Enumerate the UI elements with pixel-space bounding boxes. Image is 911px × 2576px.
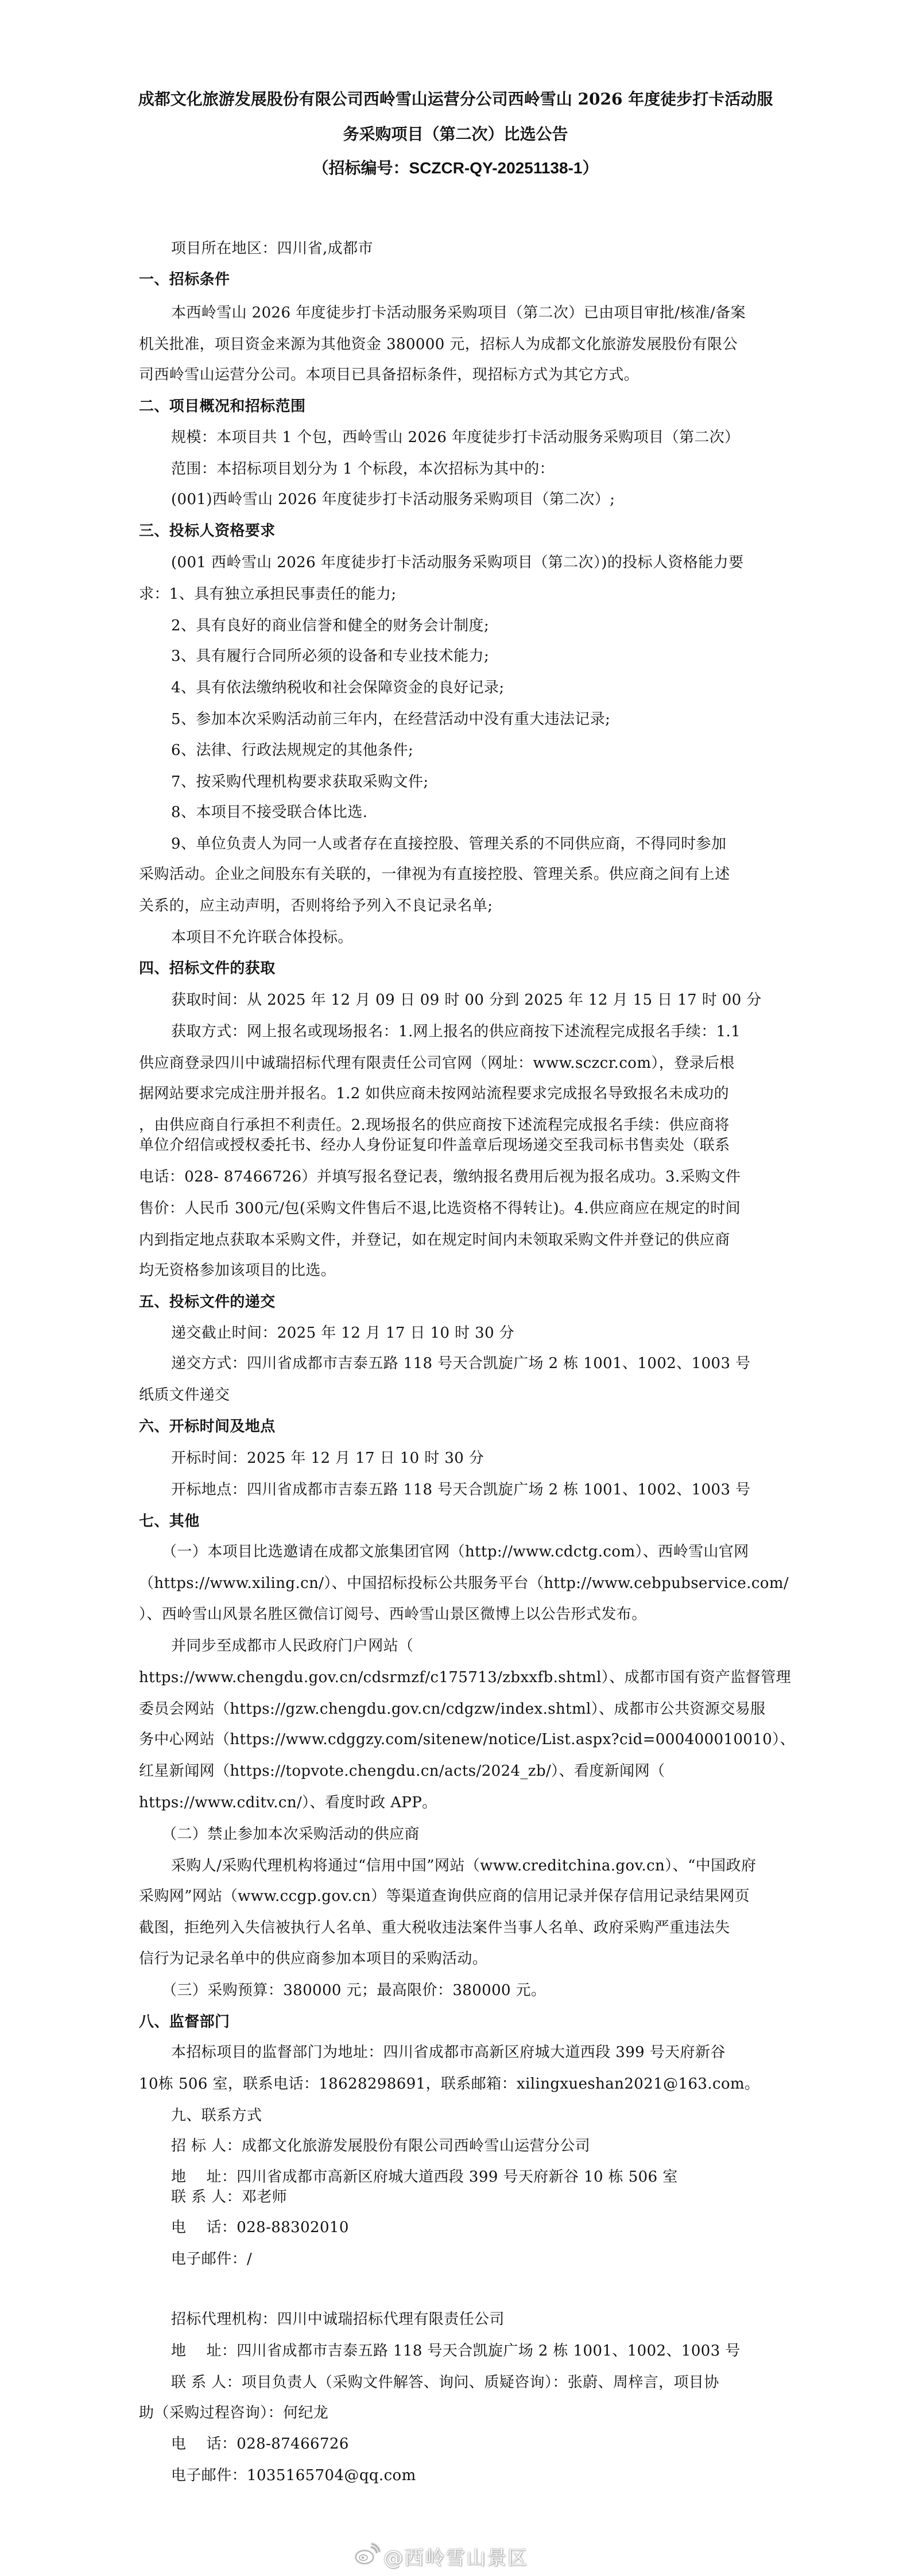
paragraph-line: （一）本项目比选邀请在成都文旅集团官网（http://www.cdctg.com… (162, 1543, 749, 1561)
paragraph-line: 截图，拒绝列入失信被执行人名单、重大税收违法案件当事人名单、政府采购严重违法失 (139, 1919, 730, 1937)
paragraph-line: 采购人/采购代理机构将通过“信用中国”网站（www.creditchina.go… (171, 1857, 756, 1875)
paragraph-line: 本西岭雪山 2026 年度徒步打卡活动服务采购项目（第二次）已由项目审批/核准/… (171, 304, 746, 322)
section-heading-5: 五、投标文件的递交 (139, 1293, 276, 1311)
paragraph-line: https://www.chengdu.gov.cn/cdsrmzf/c1757… (139, 1668, 791, 1687)
document-title-line-2: 务采购项目（第二次）比选公告 (0, 125, 911, 144)
section-heading-1: 一、招标条件 (139, 270, 230, 289)
tender-code-line: （招标编号：SCZCR-QY-20251138-1） (0, 158, 911, 178)
paragraph-line: 纸质文件递交 (139, 1386, 230, 1404)
requirement-item: 6、法律、行政法规规定的其他条件; (171, 741, 413, 760)
agency-address: 地 址：四川省成都市吉泰五路 118 号天合凯旋广场 2 栋 1001、1002… (171, 2342, 741, 2360)
section-heading-2: 二、项目概况和招标范围 (139, 397, 305, 416)
weibo-watermark: @西岭雪山景区 (355, 2544, 528, 2567)
paragraph-line: (001)西岭雪山 2026 年度徒步打卡活动服务采购项目（第二次）; (171, 490, 615, 509)
section-heading-4: 四、招标文件的获取 (139, 959, 276, 978)
tender-code-prefix: （招标编号： (313, 158, 409, 177)
acquisition-time: 获取时间：从 2025 年 12 月 09 日 09 时 00 分到 2025 … (171, 991, 762, 1009)
section-heading-9: 九、联系方式 (171, 2106, 262, 2125)
paragraph-line: 关系的，应主动声明，否则将给予列入不良记录名单; (139, 897, 493, 915)
section-heading-3: 三、投标人资格要求 (139, 522, 276, 540)
opening-time: 开标时间：2025 年 12 月 17 日 10 时 30 分 (171, 1449, 484, 1467)
paragraph-line: 据网站要求完成注册并报名。1.2 如供应商未按网站流程要求完成报名导致报名未成功… (139, 1084, 729, 1103)
requirement-item: 4、具有依法缴纳税收和社会保障资金的良好记录; (171, 679, 505, 697)
tenderer-contact: 联 系 人：邓老师 (171, 2188, 287, 2206)
paragraph-line: （https://www.xiling.cn/）、中国招标投标公共服务平台（ht… (139, 1574, 789, 1593)
agency-name: 招标代理机构：四川中诚瑞招标代理有限责任公司 (171, 2310, 505, 2329)
paragraph-line: 委员会网站（https://gzw.chengdu.gov.cn/cdgzw/i… (139, 1700, 766, 1718)
document-title-line-1: 成都文化旅游发展股份有限公司西岭雪山运营分公司西岭雪山 2026 年度徒步打卡活… (0, 90, 911, 109)
requirement-item: 8、本项目不接受联合体比选. (171, 803, 367, 822)
paragraph-line: 单位介绍信或授权委托书、经办人身份证复印件盖章后现场递交至我司标书售卖处（联系 (139, 1136, 730, 1155)
tender-code: SCZCR-QY-20251138-1 (409, 159, 583, 177)
tenderer-address: 地 址：四川省成都市高新区府城大道西段 399 号天府新谷 10 栋 506 室 (171, 2168, 678, 2186)
paragraph-line: 范围：本招标项目划分为 1 个标段，本次招标为其中的： (171, 460, 555, 478)
paragraph-line: 采购活动。企业之间股东有关联的，一律视为有直接控股、管理关系。供应商之间有上述 (139, 865, 730, 884)
paragraph-line: (001 西岭雪山 2026 年度徒步打卡活动服务采购项目（第二次）)的投标人资… (171, 553, 743, 572)
requirement-item: 2、具有良好的商业信誉和健全的财务会计制度; (171, 617, 489, 635)
paragraph-line: 司西岭雪山运营分公司。本项目已具备招标条件，现招标方式为其它方式。 (139, 366, 639, 384)
tenderer-name: 招 标 人：成都文化旅游发展股份有限公司西岭雪山运营分公司 (171, 2137, 590, 2155)
paragraph-line: ）、西岭雪山风景名胜区微信订阅号、西岭雪山景区微博上以公告形式发布。 (139, 1605, 647, 1624)
paragraph-line: 红星新闻网（https://topvote.chengdu.cn/acts/20… (139, 1762, 665, 1780)
paragraph-line: 供应商登录四川中诚瑞招标代理有限责任公司官网（网址：www.sczcr.com）… (139, 1054, 735, 1072)
watermark-text: @西岭雪山景区 (383, 2542, 528, 2570)
paragraph-line: 信行为记录名单中的供应商参加本项目的采购活动。 (139, 1950, 487, 1968)
paragraph-line: 均无资格参加该项目的比选。 (139, 1261, 336, 1280)
tenderer-email: 电子邮件：/ (171, 2250, 252, 2268)
section-heading-8: 八、监督部门 (139, 2013, 230, 2031)
paragraph-line: 10栋 506 室，联系电话：18628298691，联系邮箱：xilingxu… (139, 2075, 759, 2093)
requirement-item: 3、具有履行合同所必须的设备和专业技术能力; (171, 647, 489, 665)
requirement-item: 7、按采购代理机构要求获取采购文件; (171, 773, 429, 791)
paragraph-line: 获取方式：网上报名或现场报名：1.网上报名的供应商按下述流程完成报名手续：1.1 (171, 1022, 741, 1041)
agency-contact: 联 系 人：项目负责人（采购文件解答、询问、质疑咨询）：张蔚、周梓言，项目协 (171, 2373, 719, 2392)
opening-location: 开标地点：四川省成都市吉泰五路 118 号天合凯旋广场 2 栋 1001、100… (171, 1481, 750, 1499)
requirement-item: 求：1、具有独立承担民事责任的能力; (139, 585, 397, 603)
subsection-heading: （二）禁止参加本次采购活动的供应商 (162, 1825, 420, 1843)
paragraph-line: 机关批准，项目资金来源为其他资金 380000 元，招标人为成都文化旅游发展股份… (139, 335, 738, 354)
paragraph-line: 采购网”网站（www.ccgp.gov.cn）等渠道查询供应商的信用记录并保存信… (139, 1887, 750, 1905)
tenderer-phone: 电 话：028-88302010 (171, 2218, 349, 2237)
paragraph-line: 内到指定地点获取本采购文件，并登记，如在规定时间内未领取采购文件并登记的供应商 (139, 1231, 730, 1249)
budget-line: （三）采购预算：380000 元；最高限价：380000 元。 (162, 1981, 546, 2000)
project-region: 项目所在地区：四川省,成都市 (171, 239, 373, 258)
weibo-icon (355, 2543, 380, 2570)
submission-method: 递交方式：四川省成都市吉泰五路 118 号天合凯旋广场 2 栋 1001、100… (171, 1354, 750, 1373)
paragraph-line: 售价：人民币 300元/包(采购文件售后不退,比选资格不得转让)。4.供应商应在… (139, 1199, 741, 1218)
paragraph-line: 规模：本项目共 1 个包，西岭雪山 2026 年度徒步打卡活动服务采购项目（第二… (171, 428, 740, 447)
paragraph-line: https://www.cditv.cn/）、看度时政 APP。 (139, 1793, 437, 1812)
paragraph-line: ，由供应商自行承担不利责任。2.现场报名的供应商按下述流程完成报名手续：供应商将 (139, 1116, 730, 1134)
paragraph-line: 电话：028- 87466726）并填写报名登记表，缴纳报名费用后视为报名成功。… (139, 1168, 741, 1186)
agency-phone: 电 话：028-87466726 (171, 2435, 349, 2453)
section-heading-6: 六、开标时间及地点 (139, 1417, 276, 1436)
submission-deadline: 递交截止时间：2025 年 12 月 17 日 10 时 30 分 (171, 1324, 514, 1342)
paragraph-line: 务中心网站（https://www.cdggzy.com/sitenew/not… (139, 1730, 795, 1749)
agency-email: 电子邮件：1035165704@qq.com (171, 2466, 416, 2485)
tender-code-suffix: ） (582, 158, 598, 177)
paragraph-line: 本项目不允许联合体投标。 (171, 928, 353, 947)
agency-contact-cont: 助（采购过程咨询）：何纪龙 (139, 2404, 328, 2422)
requirement-item: 5、参加本次采购活动前三年内，在经营活动中没有重大违法记录; (171, 710, 610, 729)
section-heading-7: 七、其他 (139, 1512, 200, 1531)
paragraph-line: 本招标项目的监督部门为地址：四川省成都市高新区府城大道西段 399 号天府新谷 (171, 2043, 726, 2062)
requirement-item: 9、单位负责人为同一人或者存在直接控股、管理关系的不同供应商，不得同时参加 (171, 835, 726, 853)
paragraph-line: 并同步至成都市人民政府门户网站（ (171, 1637, 413, 1655)
